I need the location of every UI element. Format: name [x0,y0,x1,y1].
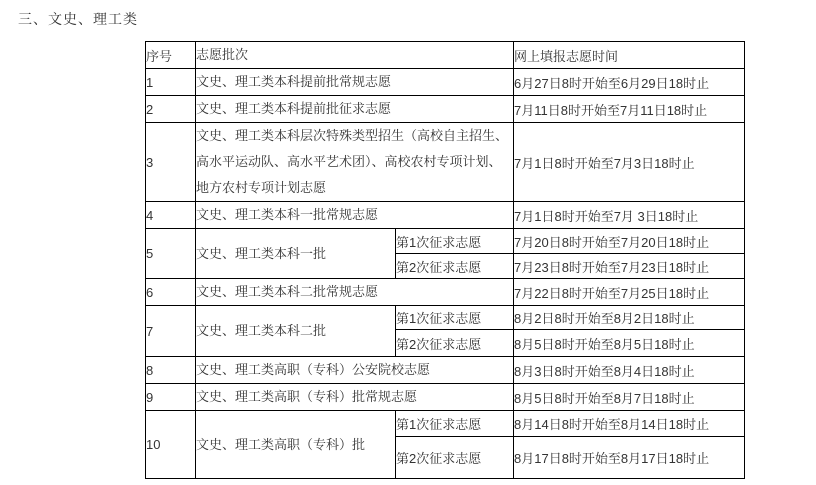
row-sub-batch: 第1次征求志愿 [396,411,514,437]
table-row-3: 3 文史、理工类本科层次特殊类型招生（高校自主招生、高水平运动队、高水平艺术团）… [146,123,745,202]
table-row-8: 8 文史、理工类高职（专科）公安院校志愿 8月3日8时开始至8月4日18时止 [146,357,745,384]
row-time: 8月3日8时开始至8月4日18时止 [514,357,745,384]
row-no: 4 [146,202,196,229]
header-cell-batch: 志愿批次 [196,42,514,69]
row-batch: 文史、理工类高职（专科）批 [196,411,396,479]
row-time: 8月17日8时开始至8月17日18时止 [514,437,745,479]
table-row-4: 4 文史、理工类本科一批常规志愿 7月1日8时开始至7月 3日18时止 [146,202,745,229]
row-no: 2 [146,96,196,123]
row-no: 5 [146,229,196,279]
row-batch: 文史、理工类本科二批常规志愿 [196,279,514,306]
row-time: 8月5日8时开始至8月7日18时止 [514,384,745,411]
table-row-9: 9 文史、理工类高职（专科）批常规志愿 8月5日8时开始至8月7日18时止 [146,384,745,411]
row-time: 7月1日8时开始至7月3日18时止 [514,123,745,202]
table-row-10a: 10 文史、理工类高职（专科）批 第1次征求志愿 8月14日8时开始至8月14日… [146,411,745,437]
table-row-1: 1 文史、理工类本科提前批常规志愿 6月27日8时开始至6月29日18时止 [146,69,745,96]
table-row-5a: 5 文史、理工类本科一批 第1次征求志愿 7月20日8时开始至7月20日18时止 [146,229,745,254]
row-time: 8月14日8时开始至8月14日18时止 [514,411,745,437]
row-batch: 文史、理工类本科提前批征求志愿 [196,96,514,123]
row-time: 7月22日8时开始至7月25日18时止 [514,279,745,306]
schedule-table: 序号 志愿批次 网上填报志愿时间 1 文史、理工类本科提前批常规志愿 6月27日… [145,41,745,479]
row-sub-batch: 第1次征求志愿 [396,229,514,254]
row-batch: 文史、理工类高职（专科）批常规志愿 [196,384,514,411]
row-time: 6月27日8时开始至6月29日18时止 [514,69,745,96]
table-row-6: 6 文史、理工类本科二批常规志愿 7月22日8时开始至7月25日18时止 [146,279,745,306]
row-sub-batch: 第1次征求志愿 [396,306,514,330]
row-no: 3 [146,123,196,202]
row-batch: 文史、理工类本科提前批常规志愿 [196,69,514,96]
row-time: 8月2日8时开始至8月2日18时止 [514,306,745,330]
row-batch: 文史、理工类本科一批常规志愿 [196,202,514,229]
row-batch: 文史、理工类高职（专科）公安院校志愿 [196,357,514,384]
table-row-2: 2 文史、理工类本科提前批征求志愿 7月11日8时开始至7月11日18时止 [146,96,745,123]
table-row-7a: 7 文史、理工类本科二批 第1次征求志愿 8月2日8时开始至8月2日18时止 [146,306,745,330]
row-sub-batch: 第2次征求志愿 [396,437,514,479]
row-no: 8 [146,357,196,384]
row-time: 7月23日8时开始至7月23日18时止 [514,254,745,279]
row-no: 9 [146,384,196,411]
row-batch: 文史、理工类本科二批 [196,306,396,357]
row-no: 1 [146,69,196,96]
header-cell-time: 网上填报志愿时间 [514,42,745,69]
row-sub-batch: 第2次征求志愿 [396,254,514,279]
row-time: 7月20日8时开始至7月20日18时止 [514,229,745,254]
row-batch: 文史、理工类本科一批 [196,229,396,279]
row-time: 7月1日8时开始至7月 3日18时止 [514,202,745,229]
header-cell-no: 序号 [146,42,196,69]
row-sub-batch: 第2次征求志愿 [396,330,514,357]
section-title: 三、文史、理工类 [18,9,138,29]
row-no: 10 [146,411,196,479]
row-time: 8月5日8时开始至8月5日18时止 [514,330,745,357]
row-no: 7 [146,306,196,357]
row-time: 7月11日8时开始至7月11日18时止 [514,96,745,123]
row-batch: 文史、理工类本科层次特殊类型招生（高校自主招生、高水平运动队、高水平艺术团）、高… [196,123,514,202]
header-row: 序号 志愿批次 网上填报志愿时间 [146,42,745,69]
row-no: 6 [146,279,196,306]
